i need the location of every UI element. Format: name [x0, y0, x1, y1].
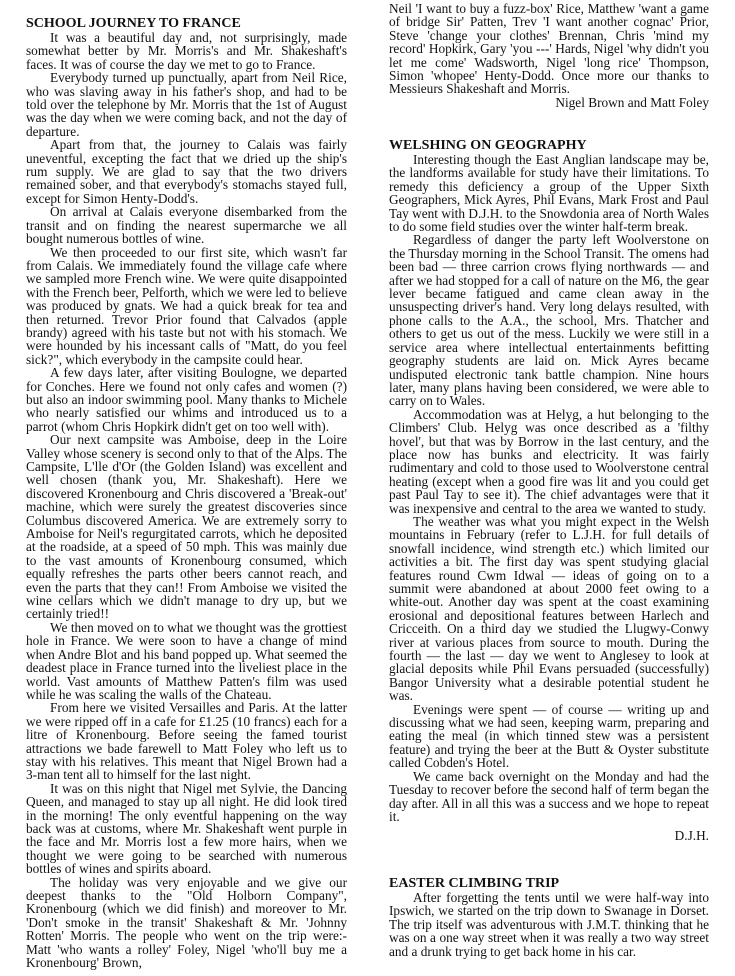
paragraph-continuation: Neil 'I want to buy a fuzz-box' Rice, Ma…	[389, 2, 709, 96]
article-title: EASTER CLIMBING TRIP	[389, 876, 709, 891]
article-title: WELSHING ON GEOGRAPHY	[389, 138, 709, 153]
paragraph: It was on this night that Nigel met Sylv…	[26, 782, 347, 876]
article-easter-climbing-trip: EASTER CLIMBING TRIP After forgetting th…	[389, 876, 709, 958]
paragraph: The weather was what you might expect in…	[389, 515, 709, 703]
article-school-journey-continued: Neil 'I want to buy a fuzz-box' Rice, Ma…	[389, 2, 709, 109]
paragraph: Regardless of danger the party left Wool…	[389, 233, 709, 407]
paragraph: Our next campsite was Amboise, deep in t…	[26, 433, 347, 621]
paragraph: From here we visited Versailles and Pari…	[26, 701, 347, 781]
article-title: SCHOOL JOURNEY TO FRANCE	[26, 16, 347, 31]
article-welshing-on-geography: WELSHING ON GEOGRAPHY Interesting though…	[389, 138, 709, 843]
article-signature: Nigel Brown and Matt Foley	[389, 96, 709, 109]
paragraph: After forgetting the tents until we were…	[389, 891, 709, 958]
paragraph: We then proceeded to our first site, whi…	[26, 246, 347, 367]
paragraph: Apart from that, the journey to Calais w…	[26, 138, 347, 205]
paragraph: Accommodation was at Helyg, a hut belong…	[389, 408, 709, 515]
article-school-journey: SCHOOL JOURNEY TO FRANCE It was a beauti…	[26, 16, 347, 969]
paragraph: The holiday was very enjoyable and we gi…	[26, 876, 347, 970]
paragraph: On arrival at Calais everyone disembarke…	[26, 205, 347, 245]
paragraph: Interesting though the East Anglian land…	[389, 153, 709, 233]
paragraph: It was a beautiful day and, not surprisi…	[26, 31, 347, 71]
magazine-page: SCHOOL JOURNEY TO FRANCE It was a beauti…	[0, 0, 735, 976]
paragraph: Evenings were spent — of course — writin…	[389, 703, 709, 770]
paragraph: We came back overnight on the Monday and…	[389, 770, 709, 824]
paragraph: Everybody turned up punctually, apart fr…	[26, 71, 347, 138]
article-signature: D.J.H.	[389, 829, 709, 842]
paragraph: A few days later, after visiting Boulogn…	[26, 366, 347, 433]
paragraph: We then moved on to what we thought was …	[26, 621, 347, 701]
